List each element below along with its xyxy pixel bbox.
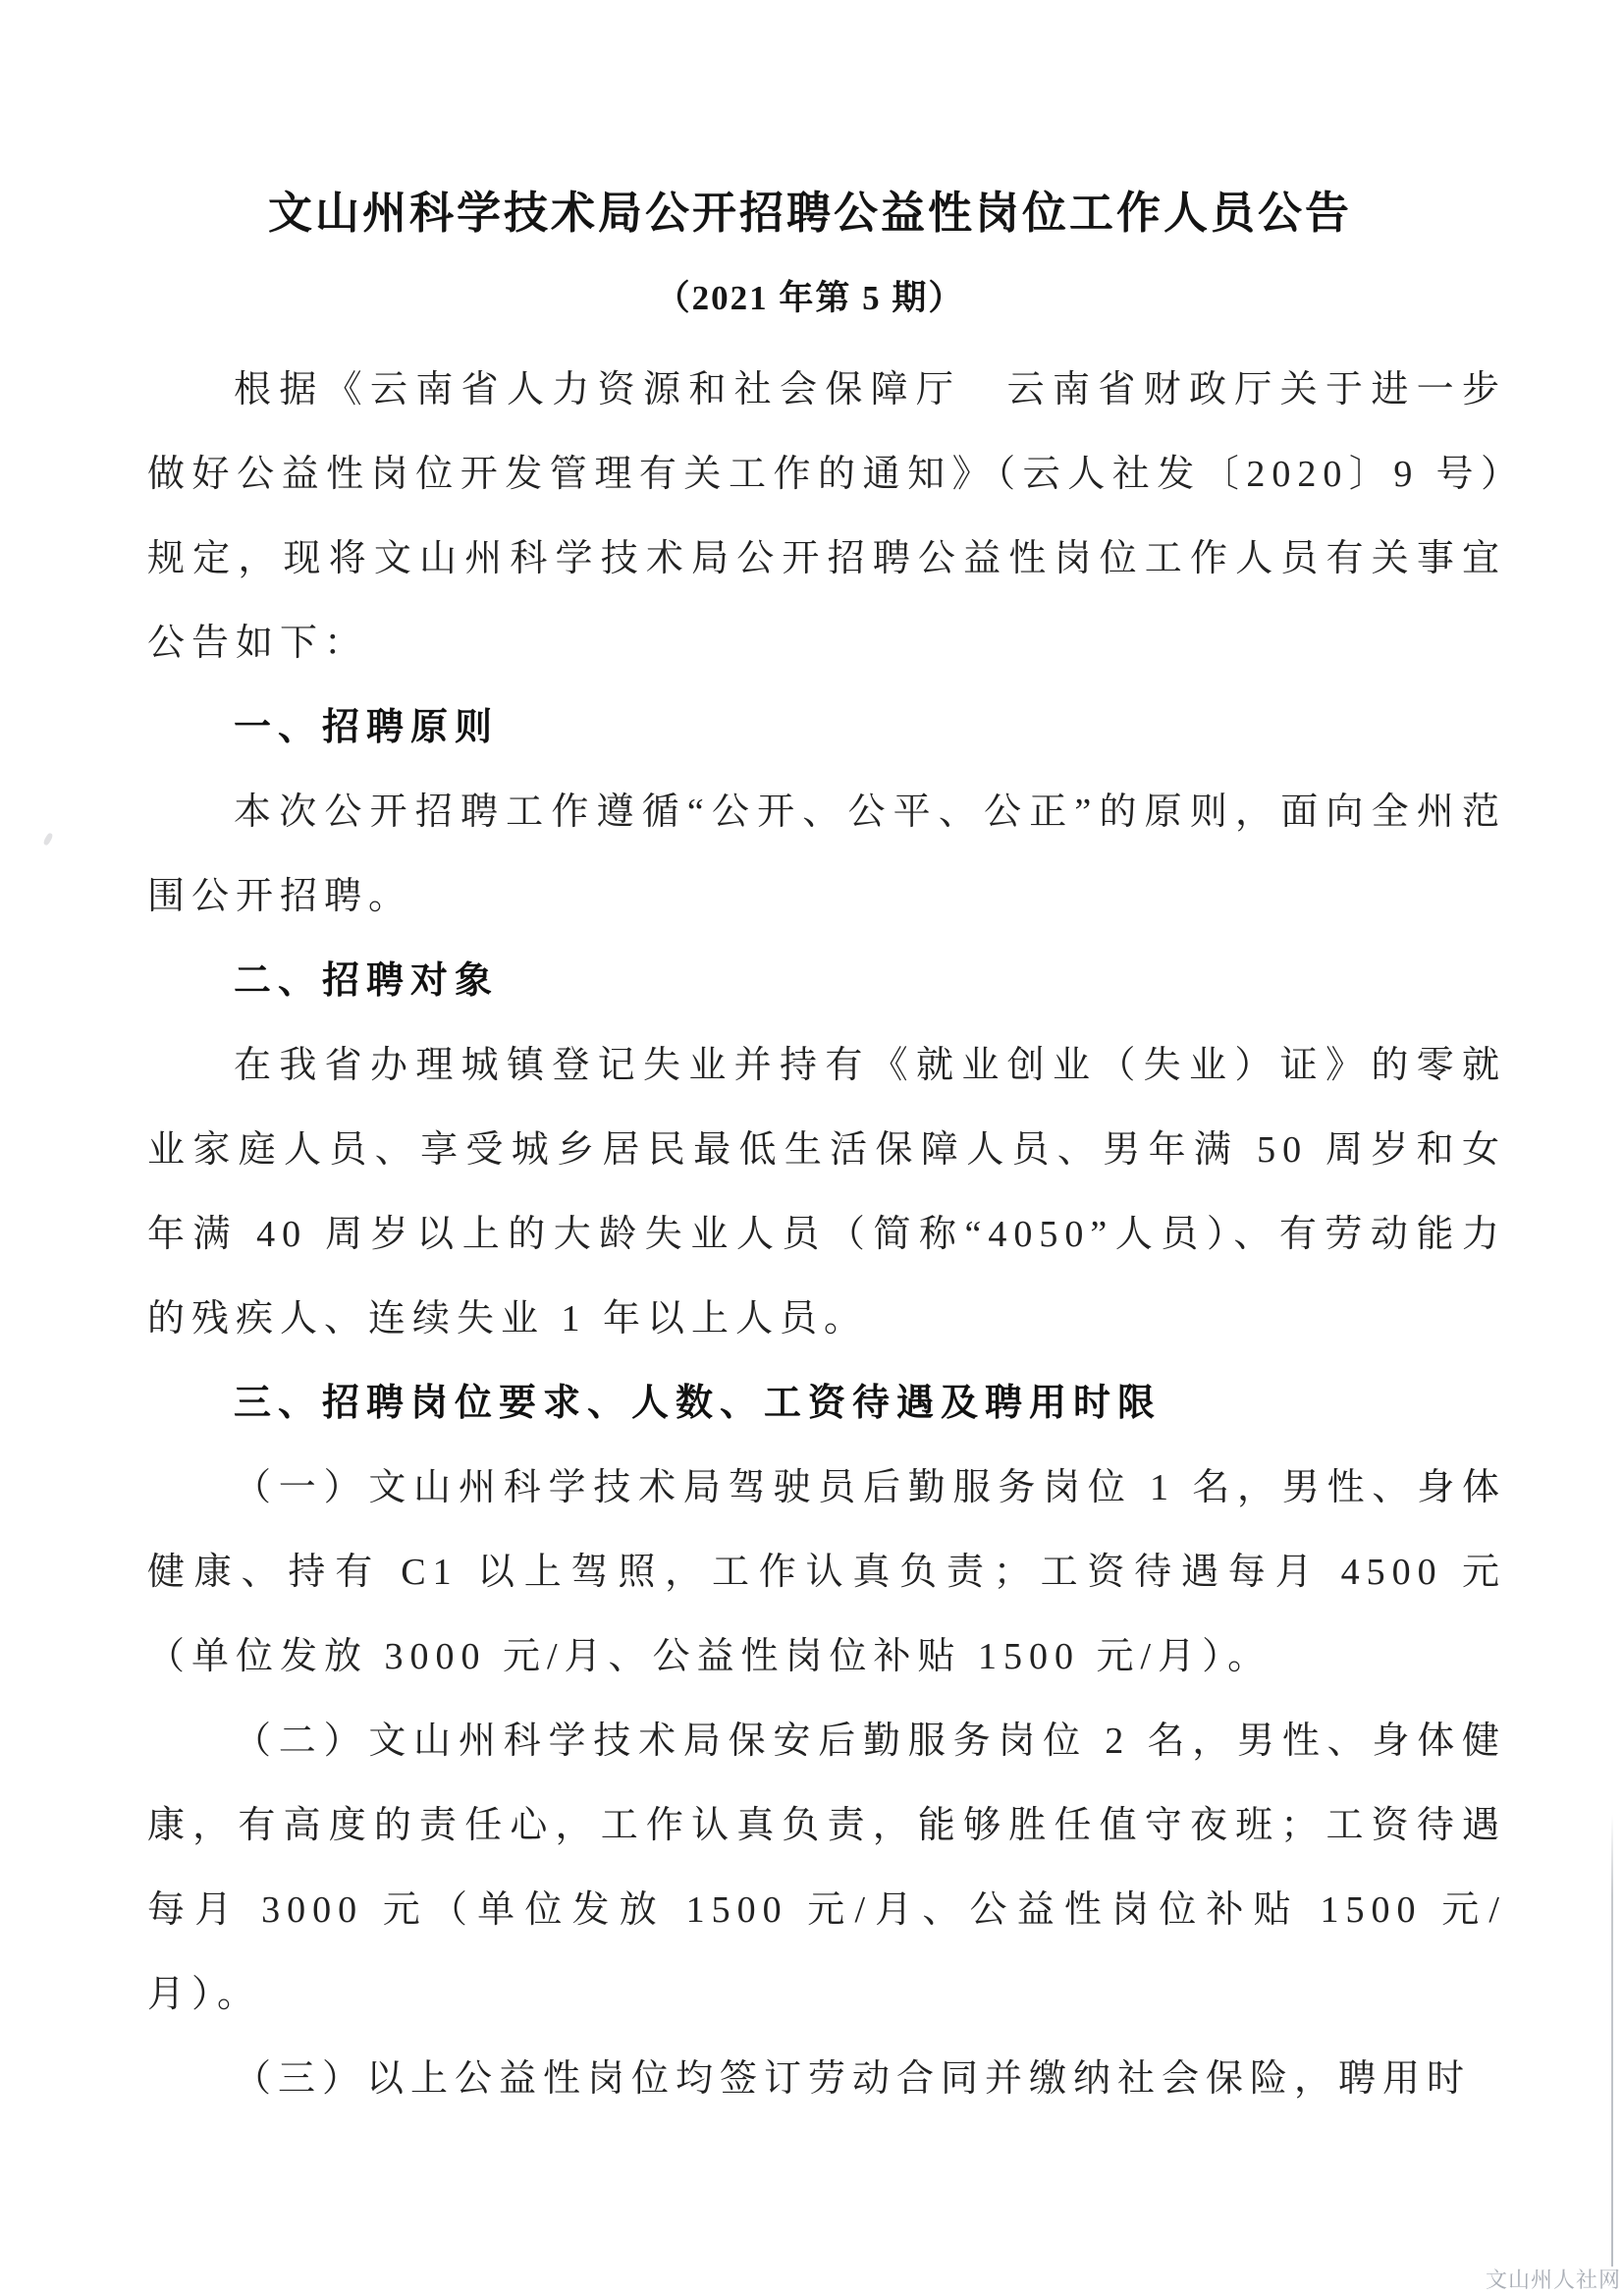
intro-paragraph: 根据《云南省人力资源和社会保障厅 云南省财政厅关于进一步做好公益性岗位开发管理有… xyxy=(147,348,1506,685)
issue-number: （2021 年第 5 期） xyxy=(128,271,1492,320)
section-1-paragraph: 本次公开招聘工作遵循“公开、公平、公正”的原则，面向全州范围公开招聘。 xyxy=(147,770,1506,939)
section-3-heading: 三、招聘岗位要求、人数、工资待遇及聘用时限 xyxy=(147,1361,1506,1446)
section-1-heading: 一、招聘原则 xyxy=(147,685,1506,770)
document-body: 根据《云南省人力资源和社会保障厅 云南省财政厅关于进一步做好公益性岗位开发管理有… xyxy=(147,348,1506,2121)
section-3-paragraph-2: （二）文山州科学技术局保安后勤服务岗位 2 名，男性、身体健康，有高度的责任心，… xyxy=(147,1699,1506,2037)
scan-edge-line xyxy=(1611,1815,1613,2267)
announcement-page: 文山州科学技术局公开招聘公益性岗位工作人员公告 （2021 年第 5 期） 根据… xyxy=(0,0,1623,2296)
scan-speck xyxy=(42,832,53,846)
section-3-paragraph-1: （一）文山州科学技术局驾驶员后勤服务岗位 1 名，男性、身体健康、持有 C1 以… xyxy=(147,1446,1506,1699)
section-2-heading: 二、招聘对象 xyxy=(147,939,1506,1023)
section-2-paragraph: 在我省办理城镇登记失业并持有《就业创业（失业）证》的零就业家庭人员、享受城乡居民… xyxy=(147,1023,1506,1361)
site-watermark: 文山州人社网 xyxy=(1486,2264,1621,2294)
document-title: 文山州科学技术局公开招聘公益性岗位工作人员公告 xyxy=(128,177,1492,241)
section-3-paragraph-3: （三）以上公益性岗位均签订劳动合同并缴纳社会保险，聘用时 xyxy=(147,2037,1506,2121)
